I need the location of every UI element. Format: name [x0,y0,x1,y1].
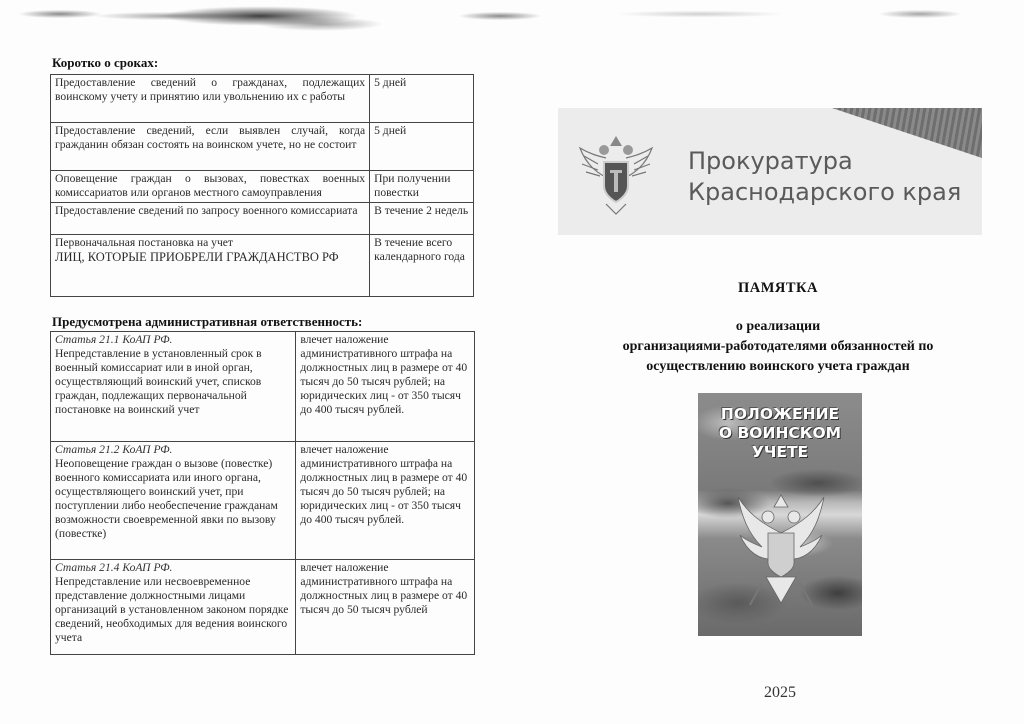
deadlines-heading: Коротко о сроках: [52,55,158,71]
requirement-cell: Предоставление сведений по запросу военн… [51,203,370,235]
scan-artifact [0,6,1024,32]
requirement-cell: Предоставление сведений о гражданах, под… [51,75,370,123]
org-line: Краснодарского края [688,177,961,208]
memo-title: ПАМЯТКА [540,280,1016,297]
table-row: Предоставление сведений по запросу военн… [51,203,474,235]
double-headed-eagle-icon [736,493,826,611]
year: 2025 [700,684,860,702]
offense-cell: Статья 21.2 КоАП РФ. Неоповещение гражда… [51,442,296,560]
memo-subtitle: о реализации организациями-работодателям… [540,317,1016,377]
offense-text: Непредставление в установленный срок в в… [55,347,262,416]
article-label: Статья 21.4 КоАП РФ. [55,561,291,575]
requirement-line: Первоначальная постановка на учет [55,236,365,250]
penalty-cell: влечет наложение административного штраф… [296,332,475,442]
table-row: Предоставление сведений, если выявлен сл… [51,123,474,171]
prosecutor-emblem-icon [576,134,656,220]
table-row: Статья 21.1 КоАП РФ. Непредставление в у… [51,332,475,442]
liability-table: Статья 21.1 КоАП РФ. Непредставление в у… [50,331,475,655]
deadline-cell: В течение 2 недель [370,203,474,235]
article-label: Статья 21.1 КоАП РФ. [55,333,291,347]
deadline-cell: В течение всего календарного года [370,235,474,297]
article-label: Статья 21.2 КоАП РФ. [55,443,291,457]
book-cover-image: ПОЛОЖЕНИЕ О ВОИНСКОМ УЧЕТЕ [698,393,862,636]
organization-name: Прокуратура Краснодарского края [688,146,961,208]
requirement-cell: Предоставление сведений, если выявлен сл… [51,123,370,171]
requirement-cell: Первоначальная постановка на учет ЛИЦ, К… [51,235,370,297]
subtitle-line: о реализации [540,317,1016,337]
table-row: Статья 21.4 КоАП РФ. Непредставление или… [51,560,475,655]
deadline-cell: При получении повестки [370,171,474,203]
table-row: Предоставление сведений о гражданах, под… [51,75,474,123]
book-title: ПОЛОЖЕНИЕ О ВОИНСКОМ УЧЕТЕ [698,405,862,462]
table-row: Первоначальная постановка на учет ЛИЦ, К… [51,235,474,297]
requirement-line-emphasis: ЛИЦ, КОТОРЫЕ ПРИОБРЕЛИ ГРАЖДАНСТВО РФ [55,250,365,264]
penalty-cell: влечет наложение административного штраф… [296,560,475,655]
subtitle-line: осуществлению воинского учета граждан [540,357,1016,377]
deadline-cell: 5 дней [370,123,474,171]
table-row: Оповещение граждан о вызовах, повестках … [51,171,474,203]
offense-text: Неоповещение граждан о вызове (повестке)… [55,457,278,540]
table-row: Статья 21.2 КоАП РФ. Неоповещение гражда… [51,442,475,560]
prosecutor-banner: Прокуратура Краснодарского края [558,108,982,235]
deadlines-table: Предоставление сведений о гражданах, под… [50,74,474,297]
offense-text: Непредставление или несвоевременное пред… [55,575,288,644]
liability-heading: Предусмотрена административная ответстве… [52,314,362,330]
offense-cell: Статья 21.1 КоАП РФ. Непредставление в у… [51,332,296,442]
offense-cell: Статья 21.4 КоАП РФ. Непредставление или… [51,560,296,655]
book-title-line: ПОЛОЖЕНИЕ [698,405,862,424]
requirement-cell: Оповещение граждан о вызовах, повестках … [51,171,370,203]
org-line: Прокуратура [688,146,961,177]
book-title-line: УЧЕТЕ [698,443,862,462]
book-title-line: О ВОИНСКОМ [698,424,862,443]
subtitle-line: организациями-работодателями обязанносте… [540,337,1016,357]
deadline-cell: 5 дней [370,75,474,123]
penalty-cell: влечет наложение административного штраф… [296,442,475,560]
